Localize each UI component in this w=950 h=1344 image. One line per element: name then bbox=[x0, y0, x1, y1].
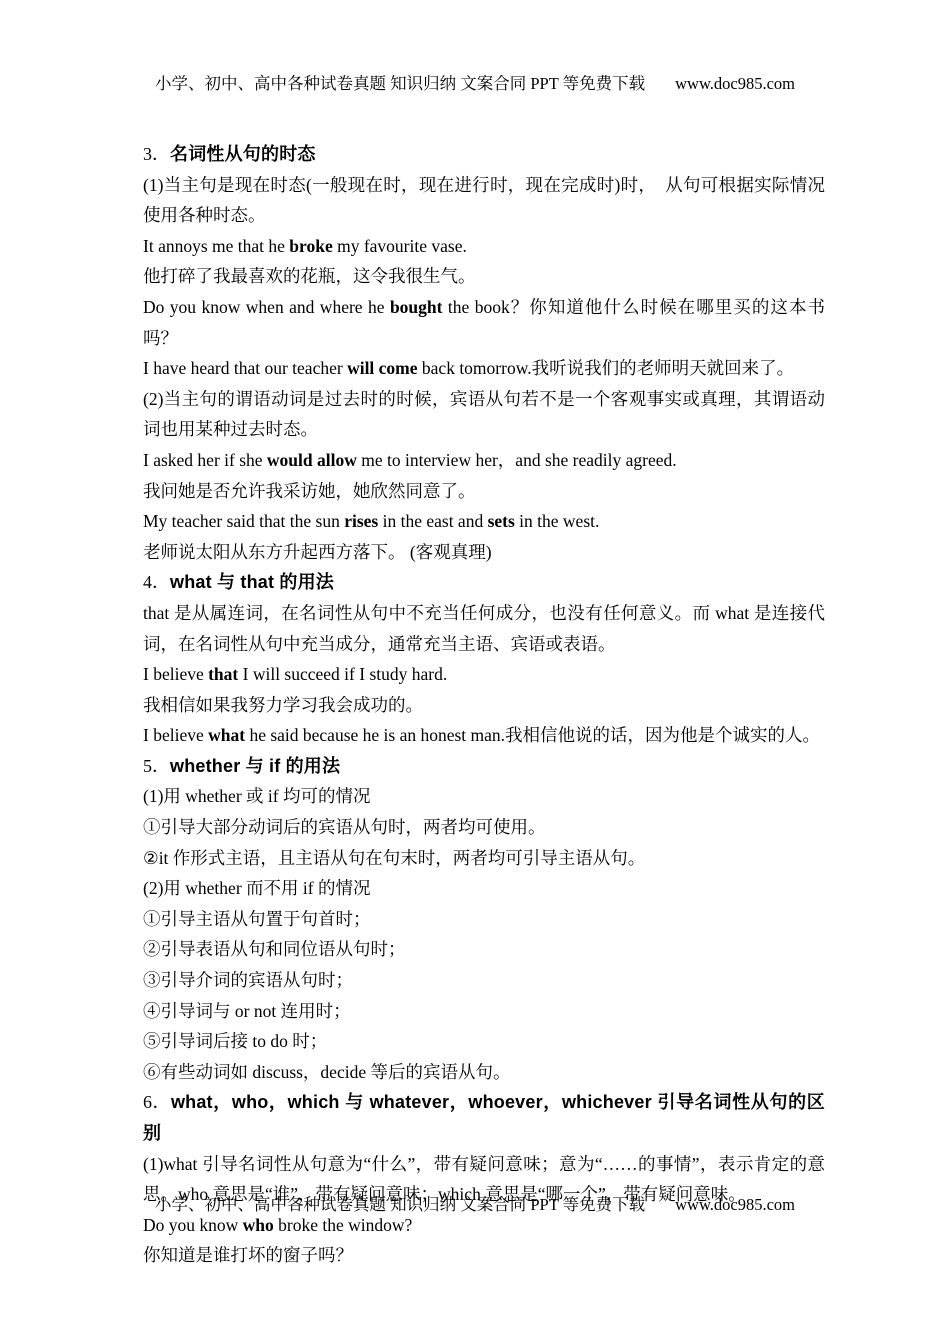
text-run: I will succeed if I study hard. bbox=[238, 664, 447, 684]
paragraph: 我问她是否允许我采访她，她欣然同意了。 bbox=[143, 476, 825, 507]
paragraph: 他打碎了我最喜欢的花瓶，这令我很生气。 bbox=[143, 261, 825, 292]
text-run: (2)当主句的谓语动词是过去时的时候，宾语从句若不是一个客观事实或真理，其谓语动… bbox=[143, 389, 825, 440]
paragraph: ⑥有些动词如 discuss，decide 等后的宾语从句。 bbox=[143, 1057, 825, 1088]
text-run: My teacher said that the sun bbox=[143, 511, 344, 531]
text-run: Do you know bbox=[143, 1215, 243, 1235]
text-run: ①引导主语从句置于句首时； bbox=[143, 909, 371, 929]
header-site-url: www.doc985.com bbox=[675, 74, 795, 93]
text-run: he said because he is an honest man.我相信他… bbox=[245, 725, 820, 745]
text-run: (1)当主句是现在时态(一般现在时，现在进行时，现在完成时)时， 从句可根据实际… bbox=[143, 175, 825, 226]
footer-banner-text: 小学、初中、高中各种试卷真题 知识归纳 文案合同 PPT 等免费下载 bbox=[155, 1195, 645, 1214]
text-run: (1)用 whether 或 if 均可的情况 bbox=[143, 786, 370, 806]
paragraph: 老师说太阳从东方升起西方落下。 (客观真理) bbox=[143, 537, 825, 568]
text-run: who bbox=[243, 1215, 274, 1235]
text-run: ⑤引导词后接 to do 时； bbox=[143, 1031, 327, 1051]
text-run: It annoys me that he bbox=[143, 236, 289, 256]
text-run: 他打碎了我最喜欢的花瓶，这令我很生气。 bbox=[143, 266, 476, 286]
text-run: bought bbox=[390, 297, 443, 317]
paragraph: (2)用 whether 而不用 if 的情况 bbox=[143, 873, 825, 904]
text-run: ①引导大部分动词后的宾语从句时，两者均可使用。 bbox=[143, 817, 546, 837]
text-run: whether 与 if 的用法 bbox=[170, 756, 340, 776]
text-run: ⑥有些动词如 discuss，decide 等后的宾语从句。 bbox=[143, 1062, 510, 1082]
text-run: ②it 作形式主语，且主语从句在句末时，两者均可引导主语从句。 bbox=[143, 848, 645, 868]
paragraph: ④引导词与 or not 连用时； bbox=[143, 996, 825, 1027]
page-header: 小学、初中、高中各种试卷真题 知识归纳 文案合同 PPT 等免费下载www.do… bbox=[0, 70, 950, 94]
text-run: would allow bbox=[267, 450, 357, 470]
footer-site-url: www.doc985.com bbox=[675, 1195, 795, 1214]
document-body: 3．名词性从句的时态(1)当主句是现在时态(一般现在时，现在进行时，现在完成时)… bbox=[143, 139, 825, 1271]
paragraph: (1)当主句是现在时态(一般现在时，现在进行时，现在完成时)时， 从句可根据实际… bbox=[143, 170, 825, 231]
paragraph: that 是从属连词，在名词性从句中不充当任何成分，也没有任何意义。而 what… bbox=[143, 598, 825, 659]
text-run: rises bbox=[344, 511, 378, 531]
text-run: what，who，which 与 whatever，whoever，whiche… bbox=[143, 1092, 825, 1143]
text-run: broke the window? bbox=[274, 1215, 413, 1235]
section-heading: 4．what 与 that 的用法 bbox=[143, 567, 825, 598]
section-heading: 3．名词性从句的时态 bbox=[143, 139, 825, 170]
text-run: will come bbox=[347, 358, 417, 378]
text-run: me to interview her，and she readily agre… bbox=[357, 450, 677, 470]
paragraph: ①引导主语从句置于句首时； bbox=[143, 904, 825, 935]
text-run: I have heard that our teacher bbox=[143, 358, 347, 378]
text-run: I asked her if she bbox=[143, 450, 267, 470]
text-run: 4． bbox=[143, 572, 170, 592]
text-run: Do you know when and where he bbox=[143, 297, 390, 317]
text-run: ③引导介词的宾语从句时； bbox=[143, 970, 353, 990]
paragraph: ②it 作形式主语，且主语从句在句末时，两者均可引导主语从句。 bbox=[143, 843, 825, 874]
text-run: back tomorrow.我听说我们的老师明天就回来了。 bbox=[418, 358, 795, 378]
text-run: 老师说太阳从东方升起西方落下。 (客观真理) bbox=[143, 542, 492, 562]
text-run: 5． bbox=[143, 756, 170, 776]
paragraph: I believe what he said because he is an … bbox=[143, 720, 825, 751]
text-run: that 是从属连词，在名词性从句中不充当任何成分，也没有任何意义。而 what… bbox=[143, 603, 825, 654]
text-run: in the east and bbox=[378, 511, 487, 531]
text-run: 名词性从句的时态 bbox=[170, 144, 316, 164]
paragraph: 你知道是谁打坏的窗子吗？ bbox=[143, 1240, 825, 1271]
section-heading: 6．what，who，which 与 whatever，whoever，whic… bbox=[143, 1087, 825, 1148]
text-run: what 与 that 的用法 bbox=[170, 572, 334, 592]
text-run: I believe bbox=[143, 725, 208, 745]
text-run: ②引导表语从句和同位语从句时； bbox=[143, 939, 406, 959]
paragraph: ⑤引导词后接 to do 时； bbox=[143, 1026, 825, 1057]
text-run: my favourite vase. bbox=[333, 236, 467, 256]
paragraph: (1)用 whether 或 if 均可的情况 bbox=[143, 781, 825, 812]
page-footer: 小学、初中、高中各种试卷真题 知识归纳 文案合同 PPT 等免费下载www.do… bbox=[0, 1191, 950, 1215]
paragraph: 我相信如果我努力学习我会成功的。 bbox=[143, 690, 825, 721]
section-heading: 5．whether 与 if 的用法 bbox=[143, 751, 825, 782]
text-run: I believe bbox=[143, 664, 208, 684]
text-run: what bbox=[208, 725, 245, 745]
text-run: 你知道是谁打坏的窗子吗？ bbox=[143, 1245, 353, 1265]
paragraph: I have heard that our teacher will come … bbox=[143, 353, 825, 384]
paragraph: I believe that I will succeed if I study… bbox=[143, 659, 825, 690]
text-run: ④引导词与 or not 连用时； bbox=[143, 1001, 351, 1021]
paragraph: I asked her if she would allow me to int… bbox=[143, 445, 825, 476]
text-run: 我相信如果我努力学习我会成功的。 bbox=[143, 695, 423, 715]
header-banner-text: 小学、初中、高中各种试卷真题 知识归纳 文案合同 PPT 等免费下载 bbox=[155, 74, 645, 93]
text-run: 6． bbox=[143, 1092, 171, 1112]
document-page: 小学、初中、高中各种试卷真题 知识归纳 文案合同 PPT 等免费下载www.do… bbox=[0, 0, 950, 1344]
paragraph: ①引导大部分动词后的宾语从句时，两者均可使用。 bbox=[143, 812, 825, 843]
text-run: (2)用 whether 而不用 if 的情况 bbox=[143, 878, 370, 898]
text-run: that bbox=[208, 664, 238, 684]
text-run: in the west. bbox=[515, 511, 600, 531]
paragraph: ②引导表语从句和同位语从句时； bbox=[143, 934, 825, 965]
text-run: 3． bbox=[143, 144, 170, 164]
paragraph: ③引导介词的宾语从句时； bbox=[143, 965, 825, 996]
text-run: sets bbox=[488, 511, 515, 531]
text-run: 我问她是否允许我采访她，她欣然同意了。 bbox=[143, 481, 476, 501]
paragraph: It annoys me that he broke my favourite … bbox=[143, 231, 825, 262]
paragraph: (2)当主句的谓语动词是过去时的时候，宾语从句若不是一个客观事实或真理，其谓语动… bbox=[143, 384, 825, 445]
paragraph: Do you know when and where he bought the… bbox=[143, 292, 825, 353]
paragraph: My teacher said that the sun rises in th… bbox=[143, 506, 825, 537]
text-run: broke bbox=[289, 236, 332, 256]
